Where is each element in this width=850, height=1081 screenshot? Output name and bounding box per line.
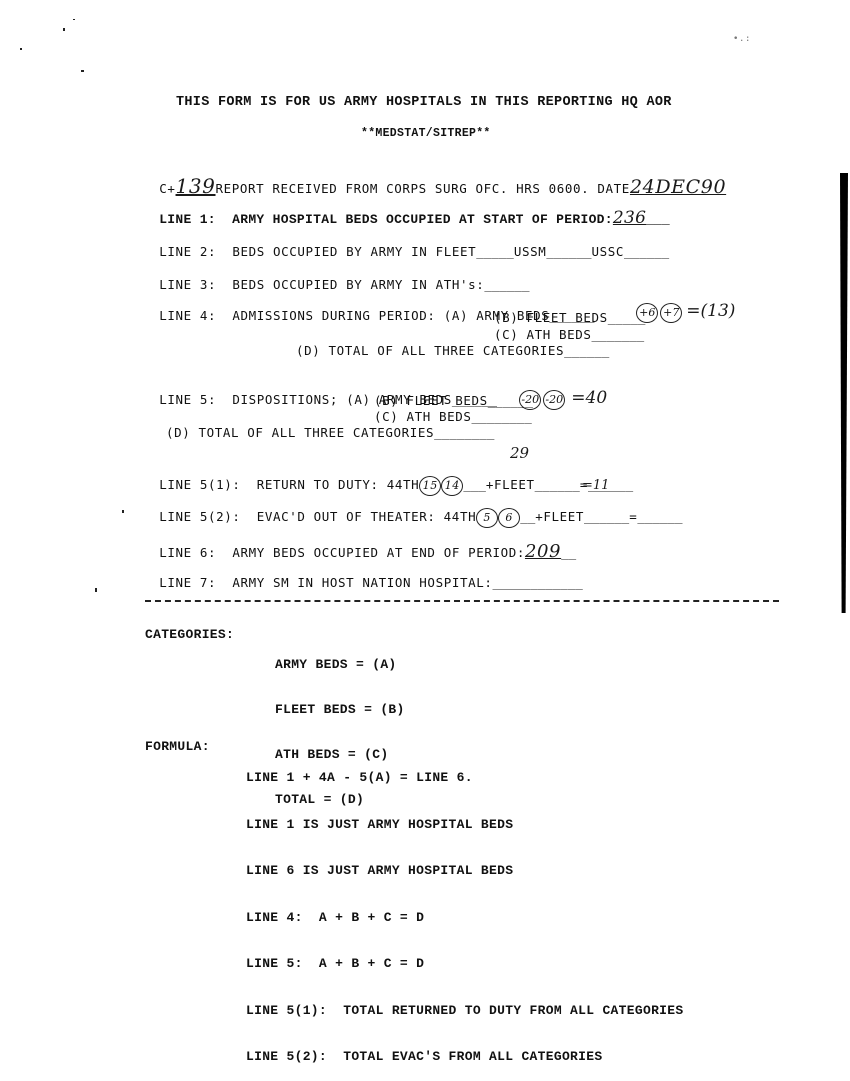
line7: LINE 7: ARMY SM IN HOST NATION HOSPITAL:… <box>143 560 583 590</box>
scan-speck <box>20 48 22 50</box>
categories-label: CATEGORIES: <box>145 627 234 642</box>
formula-item: LINE 1 IS JUST ARMY HOSPITAL BEDS <box>246 817 683 833</box>
line6: LINE 6: ARMY BEDS OCCUPIED AT END OF PER… <box>143 526 576 562</box>
scan-speck <box>73 19 75 20</box>
category-item: FLEET BEDS = (B) <box>275 702 405 717</box>
formula-item: LINE 5: A + B + C = D <box>246 956 683 972</box>
line5-2-total: =11 <box>582 478 609 493</box>
section-divider <box>145 600 779 602</box>
circled-value: 5 <box>476 508 498 528</box>
line4-d: (D) TOTAL OF ALL THREE CATEGORIES______ <box>296 343 609 358</box>
formula-list: LINE 1 + 4A - 5(A) = LINE 6. LINE 1 IS J… <box>246 739 683 1080</box>
line5-1-total: 29 <box>510 444 529 462</box>
line5-d: (D) TOTAL OF ALL THREE CATEGORIES_______… <box>166 425 494 440</box>
line5-b: (B) FLEET BEDS______ <box>374 393 533 408</box>
formula-item: LINE 4: A + B + C = D <box>246 910 683 926</box>
form-subtitle: **MEDSTAT/SITREP** <box>361 127 491 140</box>
line4-c: (C) ATH BEDS_______ <box>494 327 644 342</box>
line7-blank[interactable]: ____________ <box>492 575 582 590</box>
line1-text: ARMY HOSPITAL BEDS OCCUPIED AT START OF … <box>232 212 613 227</box>
circled-value: 6 <box>498 508 520 528</box>
line6-value[interactable]: 209 <box>525 541 561 562</box>
scan-speck <box>95 588 97 592</box>
line4-b: (B) FLEET BEDS_____ <box>494 310 645 325</box>
line5-c: (C) ATH BEDS________ <box>374 409 532 424</box>
line3: LINE 3: BEDS OCCUPIED BY ARMY IN ATH's:_… <box>143 262 529 292</box>
line1-label: LINE 1: <box>159 212 216 227</box>
line5-a-total: =40 <box>571 388 607 408</box>
formula-item: LINE 5(2): TOTAL EVAC'S FROM ALL CATEGOR… <box>246 1049 683 1065</box>
line1: LINE 1: ARMY HOSPITAL BEDS OCCUPIED AT S… <box>143 193 670 228</box>
line5-2: LINE 5(2): EVAC'D OUT OF THEATER: 44TH56… <box>143 493 682 528</box>
ussm-blank[interactable]: ______ <box>546 244 591 259</box>
scan-speck <box>81 70 84 72</box>
scan-edge-bar <box>840 173 848 613</box>
formula-label: FORMULA: <box>145 739 210 754</box>
formula-item: LINE 5(1): TOTAL RETURNED TO DUTY FROM A… <box>246 1003 683 1019</box>
scan-speck <box>63 28 65 31</box>
ath-blank[interactable]: ______ <box>484 277 529 292</box>
line4-a-total: =(13) <box>686 301 735 321</box>
formula-item: LINE 6 IS JUST ARMY HOSPITAL BEDS <box>246 863 683 879</box>
formula-item: LINE 1 + 4A - 5(A) = LINE 6. <box>246 770 683 786</box>
category-item: ARMY BEDS = (A) <box>275 657 405 672</box>
circled-value: +7 <box>660 303 682 323</box>
line2: LINE 2: BEDS OCCUPIED BY ARMY IN FLEET__… <box>143 229 669 259</box>
line1-value[interactable]: 236 <box>613 208 646 228</box>
line5-1: LINE 5(1): RETURN TO DUTY: 44TH1514___+F… <box>143 461 633 496</box>
page-mark: •.: <box>733 34 751 44</box>
ussc-blank[interactable]: ______ <box>624 244 669 259</box>
form-title: THIS FORM IS FOR US ARMY HOSPITALS IN TH… <box>176 95 672 110</box>
fleet-blank[interactable]: _____ <box>476 244 514 259</box>
circled-value: -20 <box>543 390 565 410</box>
scan-speck <box>122 510 124 513</box>
